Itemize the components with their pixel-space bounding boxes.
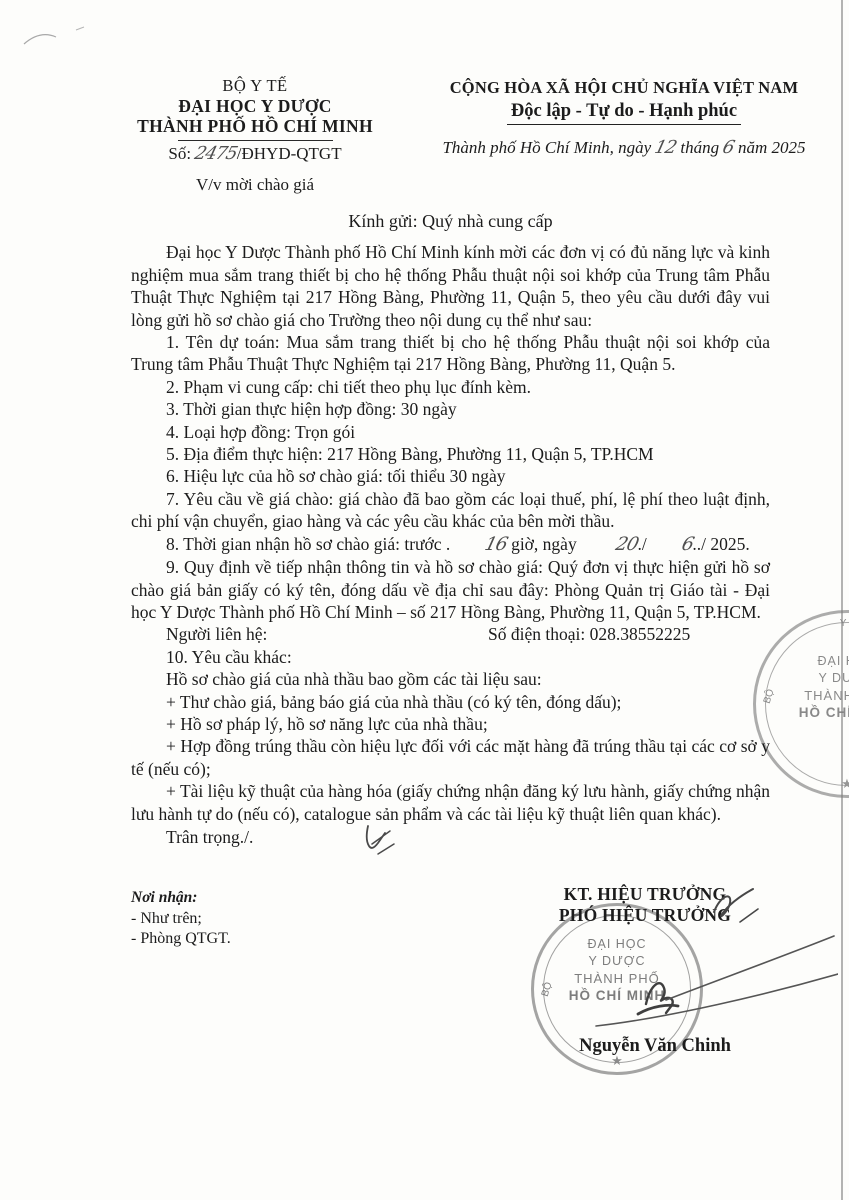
list-item-6: 6. Hiệu lực của hồ sơ chào giá: tối thiể… [131,465,770,487]
item8-prefix: 8. Thời gian nhận hồ sơ chào giá: trước … [166,534,450,554]
list-item-2: 2. Phạm vi cung cấp: chi tiết theo phụ l… [131,376,770,398]
number-handwritten: 2475 [193,144,239,164]
salutation: Kính gửi: Quý nhà cung cấp [131,210,770,232]
list-item-7: 7. Yêu cầu về giá chào: giá chào đã bao … [131,488,770,533]
date-prefix: Thành phố Hồ Chí Minh, ngày [442,138,651,157]
document-number-line: Số: 2475/ĐHYD-QTGT [105,144,405,164]
header-issuer-block: BỘ Y TẾ ĐẠI HỌC Y DƯỢC THÀNH PHỐ HỒ CHÍ … [105,76,405,195]
closing-text: Trân trọng./. [166,827,253,847]
list-item-10: 10. Yêu cầu khác: [131,646,770,668]
number-suffix: /ĐHYD-QTGT [237,144,342,163]
date-day-handwritten: 12 [653,137,679,158]
number-label: Số: [168,144,191,163]
item8-hour-handwritten: 16 [448,534,510,556]
letter-body: Kính gửi: Quý nhà cung cấp Đại học Y Dượ… [131,206,770,848]
phone-number: Số điện thoại: 028.38552225 [453,623,690,645]
national-motto: Độc lập - Tự do - Hạnh phúc [507,101,741,125]
item8-mid: giờ, ngày [507,534,581,554]
ministry-name: BỘ Y TẾ [105,76,405,96]
date-month-handwritten: 6 [721,137,737,158]
date-month-word: tháng [680,138,719,157]
pencil-mark [18,20,108,54]
document-subject: V/v mời chào giá [105,175,405,195]
requirement-2: + Hồ sơ pháp lý, hồ sơ năng lực của nhà … [131,713,770,735]
requirement-1: + Thư chào giá, bảng báo giá của nhà thầ… [131,691,770,713]
seal-ring-text: Y [840,618,847,629]
requirement-4: + Tài liệu kỹ thuật của hàng hóa (giấy c… [131,780,770,825]
closing-initial-ink [358,818,402,858]
item8-day-handwritten: 20 [578,534,640,556]
requirement-3: + Hợp đồng trúng thầu còn hiệu lực đối v… [131,735,770,780]
recipients-block: Nơi nhận: - Như trên; - Phòng QTGT. [131,888,231,950]
signature-ink [488,878,838,1073]
item8-month-handwritten: 6 [644,534,695,556]
list-item-4: 4. Loại hợp đồng: Trọn gói [131,421,770,443]
recipient-line: - Như trên; [131,909,231,930]
scanned-letter-page: BỘ Y TẾ ĐẠI HỌC Y DƯỢC THÀNH PHỐ HỒ CHÍ … [0,0,849,1200]
recipients-label: Nơi nhận: [131,888,231,909]
header-national-block: CỘNG HÒA XÃ HỘI CHỦ NGHĨA VIỆT NAM Độc l… [420,78,828,158]
org-name-line2: THÀNH PHỐ HỒ CHÍ MINH [105,116,405,136]
national-title: CỘNG HÒA XÃ HỘI CHỦ NGHĨA VIỆT NAM [420,78,828,98]
item8-suffix: ../ 2025. [692,534,749,554]
date-year: năm 2025 [738,138,806,157]
intro-paragraph: Đại học Y Dược Thành phố Hồ Chí Minh kín… [131,241,770,331]
contact-line: Người liên hệ:Số điện thoại: 028.3855222… [131,623,770,645]
recipient-line: - Phòng QTGT. [131,929,231,950]
closing-line: Trân trọng./. [131,826,770,848]
list-item-5: 5. Địa điểm thực hiện: 217 Hồng Bàng, Ph… [131,443,770,465]
header-divider-line [178,140,333,141]
scan-edge-line [841,0,843,1200]
list-item-9: 9. Quy định về tiếp nhận thông tin và hồ… [131,556,770,623]
list-item-8: 8. Thời gian nhận hồ sơ chào giá: trước … [131,533,770,556]
org-name-line1: ĐẠI HỌC Y DƯỢC [105,96,405,116]
place-date-line: Thành phố Hồ Chí Minh, ngày 12 tháng 6 n… [420,137,828,158]
contact-label: Người liên hệ: [166,624,267,644]
list-item-1: 1. Tên dự toán: Mua sắm trang thiết bị c… [131,331,770,376]
list-item-3: 3. Thời gian thực hiện hợp đồng: 30 ngày [131,398,770,420]
requirements-intro: Hồ sơ chào giá của nhà thầu bao gồm các … [131,668,770,690]
